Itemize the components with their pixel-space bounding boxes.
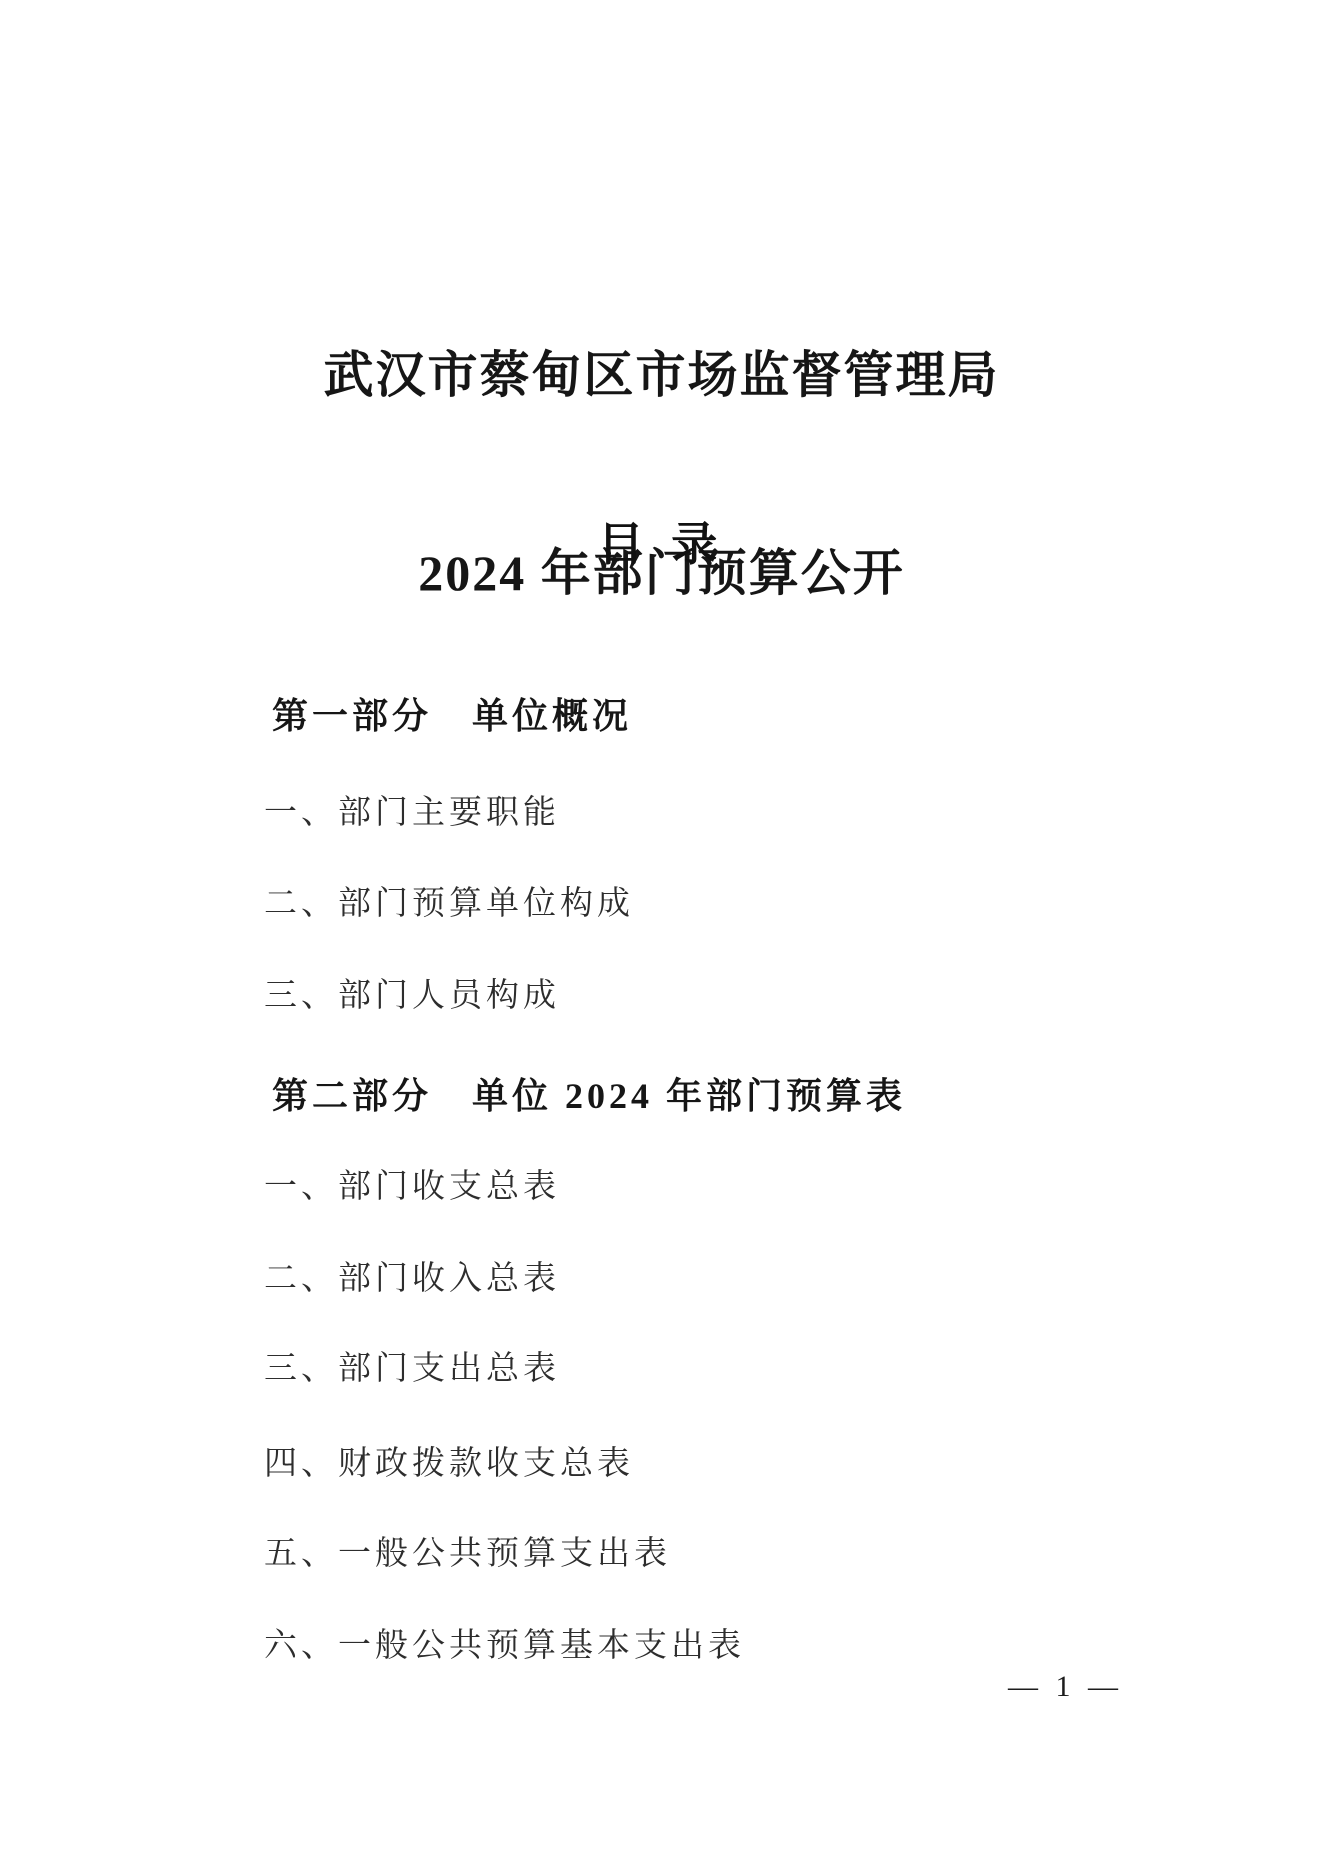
toc-item: 六、一般公共预算基本支出表 [264,1619,745,1666]
toc-heading: 目 录 [0,508,1323,574]
document-title-line1: 武汉市蔡甸区市场监督管理局 [0,342,1323,408]
document-title: 武汉市蔡甸区市场监督管理局 2024 年部门预算公开 [0,210,1323,738]
toc-item: 五、一般公共预算支出表 [264,1527,671,1574]
toc-item: 二、部门收入总表 [264,1252,560,1299]
document-page: 武汉市蔡甸区市场监督管理局 2024 年部门预算公开 目 录 第一部分 单位概况… [0,0,1323,1871]
toc-section-1-heading: 第一部分 单位概况 [272,688,632,739]
toc-item: 一、部门收支总表 [264,1160,560,1207]
toc-section-2-heading: 第二部分 单位 2024 年部门预算表 [272,1068,906,1119]
toc-item: 二、部门预算单位构成 [264,877,634,924]
toc-item: 三、部门人员构成 [264,969,560,1016]
toc-item: 四、财政拨款收支总表 [264,1437,634,1484]
page-number: — 1 — [1008,1670,1123,1704]
toc-item: 三、部门支出总表 [264,1342,560,1389]
toc-item: 一、部门主要职能 [264,786,560,833]
